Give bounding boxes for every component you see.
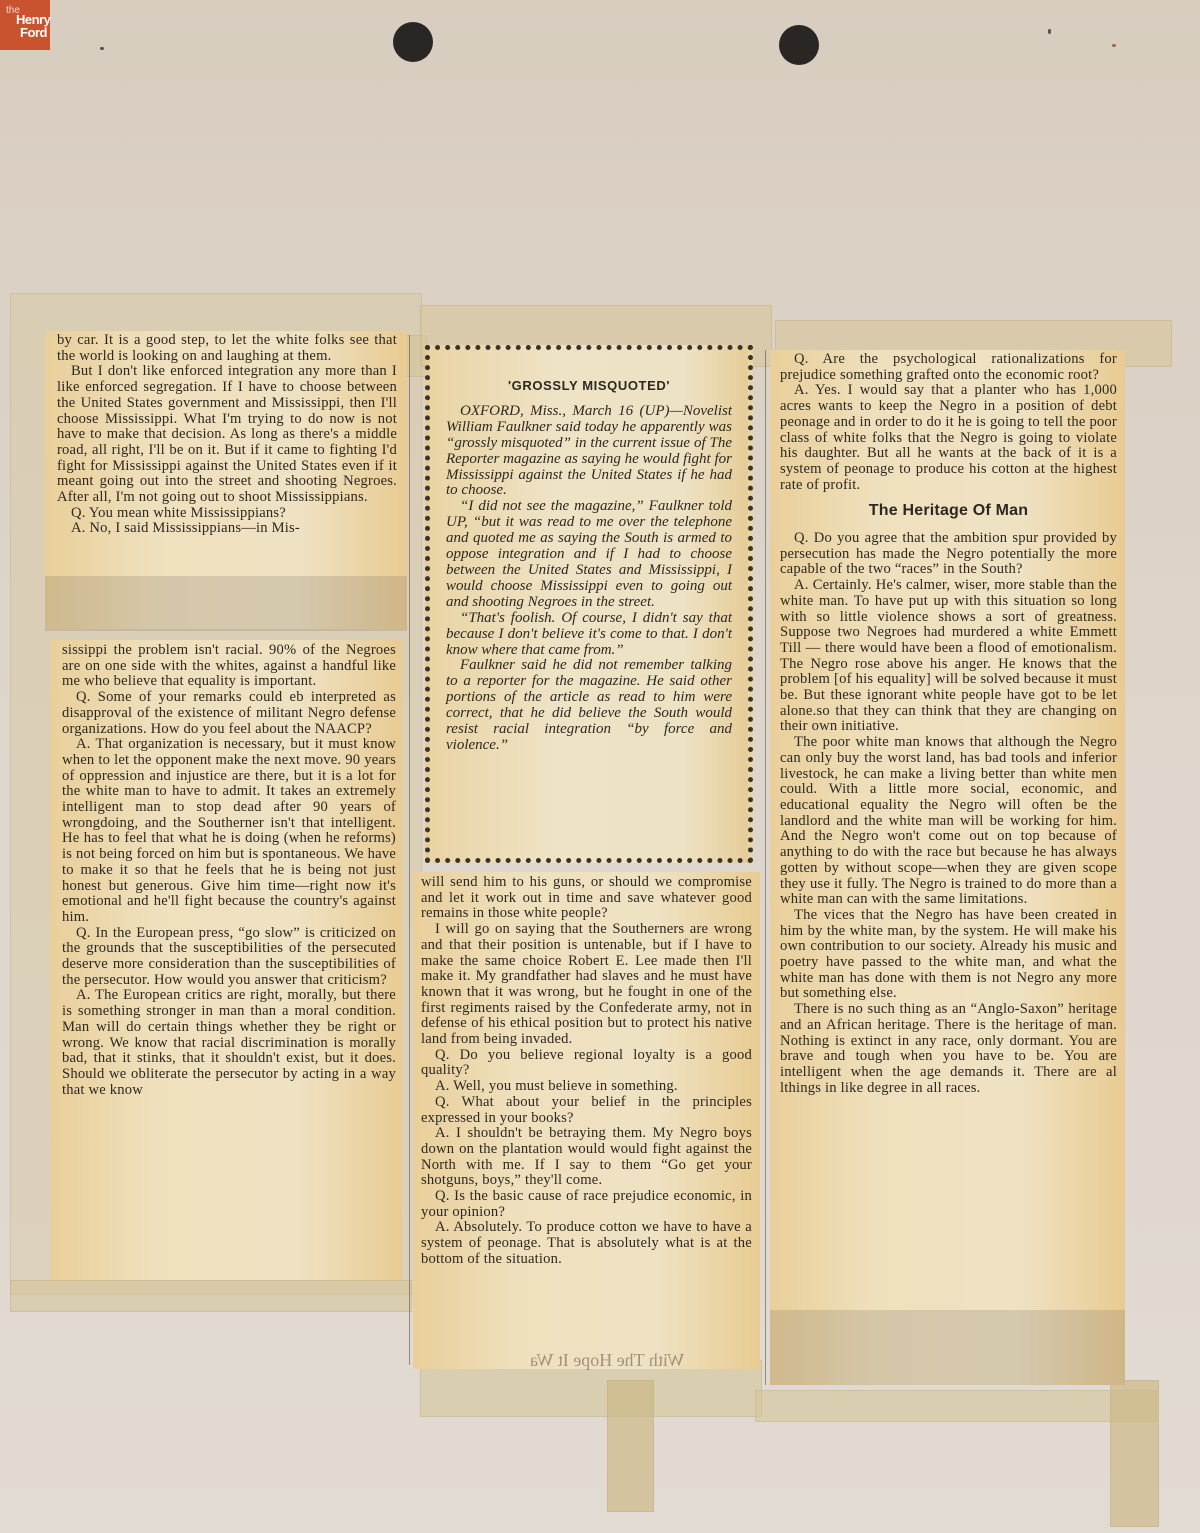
tape-strip [755,1390,1157,1422]
dust-speck [100,47,104,50]
tape-strip [607,1380,654,1512]
paragraph: “That's foolish. Of course, I didn't say… [446,611,732,659]
answer: A. Yes. I would say that a planter who h… [780,383,1117,493]
section-subhead: The Heritage Of Man [780,503,1117,519]
question: Q. Some of your remarks could eb interpr… [62,690,396,737]
answer: A. The European critics are right, moral… [62,988,396,1098]
boxed-news-item: 'GROSSLY MISQUOTED' OXFORD, Miss., March… [425,345,753,863]
bleed-through-text: With The Hope It Wa [530,1350,684,1371]
question: Q. Is the basic cause of race prejudice … [421,1189,752,1220]
column-rule [409,335,410,1365]
paragraph: The vices that the Negro has have been c… [780,908,1117,1002]
question: Q. Do you believe regional loyalty is a … [421,1048,752,1079]
paragraph: “I did not see the magazine,” Faulkner t… [446,499,732,610]
question: Q. Are the psychological rationalization… [780,352,1117,383]
answer: A. That organization is necessary, but i… [62,737,396,925]
clipping-left-top: by car. It is a good step, to let the wh… [45,331,407,629]
paragraph: by car. It is a good step, to let the wh… [57,333,397,364]
answer: A. Absolutely. To produce cotton we have… [421,1220,752,1267]
clipping-left-bottom: sissippi the problem isn't racial. 90% o… [50,640,402,1280]
clipping-middle-continuation: will send him to his guns, or should we … [413,872,760,1369]
paragraph: But I don't like enforced integration an… [57,364,397,505]
binder-hole-icon [779,25,819,65]
paragraph: OXFORD, Miss., March 16 (UP)—Novelist Wi… [446,404,732,499]
column-rule [765,350,766,1385]
tape-shadow [45,576,407,631]
paragraph: Faulkner said he did not remember talkin… [446,658,732,753]
dust-speck [1112,44,1116,47]
dust-speck [1048,29,1051,34]
binder-hole-icon [393,22,433,62]
answer: A. Well, you must believe in something. [421,1079,752,1095]
answer: A. Certainly. He's calmer, wiser, more s… [780,578,1117,735]
paragraph: sissippi the problem isn't racial. 90% o… [62,643,396,690]
paragraph: will send him to his guns, or should we … [421,875,752,922]
paragraph: The poor white man knows that although t… [780,735,1117,908]
answer: A. No, I said Mississippians—in Mis- [57,521,397,537]
logo-word-ford: Ford [20,26,47,39]
clipping-right: Q. Are the psychological rationalization… [770,350,1125,1385]
paragraph: There is no such thing as an “Anglo-Saxo… [780,1002,1117,1096]
question: Q. Do you agree that the ambition spur p… [780,531,1117,578]
question: Q. You mean white Mississippians? [57,506,397,522]
tape-strip [1110,1380,1159,1527]
question: Q. In the European press, “go slow” is c… [62,926,396,989]
question: Q. What about your belief in the princip… [421,1095,752,1126]
henry-ford-logo: the Henry Ford [0,0,50,50]
boxed-headline: 'GROSSLY MISQUOTED' [446,378,732,394]
tape-shadow [770,1310,1125,1385]
tape-strip [10,1280,412,1312]
answer: A. I shouldn't be betraying them. My Neg… [421,1126,752,1189]
paragraph: I will go on saying that the Southerners… [421,922,752,1048]
